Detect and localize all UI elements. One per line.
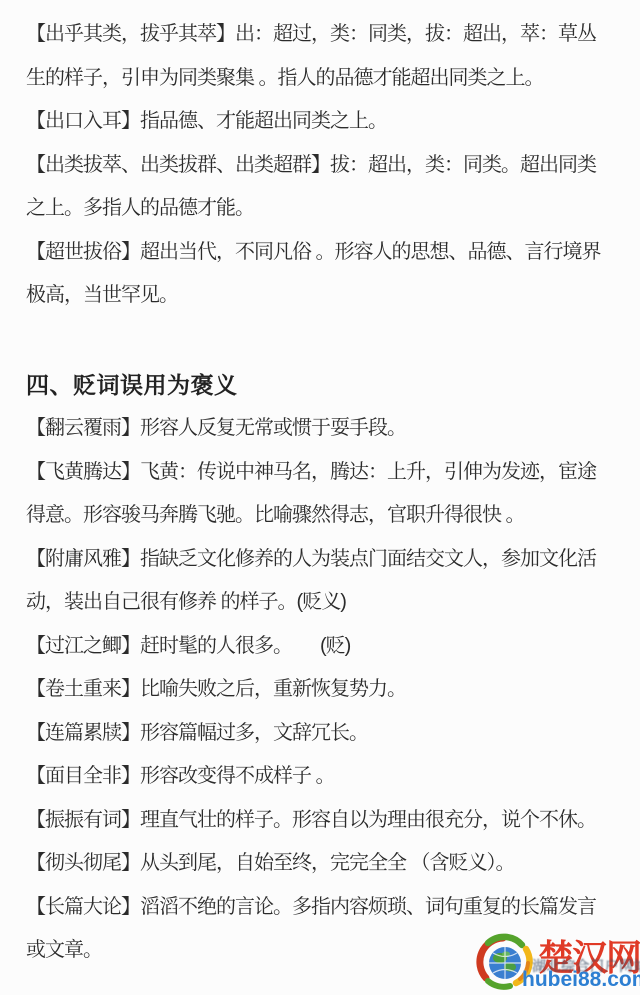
- idiom-entry: 【附庸风雅】指缺乏文化修养的人为装点门面结交文人，参加文化活动，装出自己很有修养…: [26, 538, 626, 625]
- idiom-entry-line: 极高，当世罕见。: [26, 274, 626, 318]
- idiom-entry: 【振振有词】理直气壮的样子。形容自以为理由很充分，说个不休。: [26, 799, 626, 843]
- idiom-entry: 【彻头彻尾】从头到尾，自始至终，完完全全 （含贬义）。: [26, 842, 626, 886]
- idiom-entry-line: 【长篇大论】滔滔不绝的言论。多指内容烦琐、词句重复的长篇发言: [26, 886, 626, 930]
- idiom-entry-line: 或文章。: [26, 929, 626, 973]
- idiom-entry-line: 【出口入耳】指品德、才能超出同类之上。: [26, 100, 626, 144]
- idiom-entry-line: 【超世拔俗】超出当代，不同凡俗 。形容人的思想、品德、言行境界: [26, 231, 626, 275]
- idiom-entry-line: 【连篇累牍】形容篇幅过多，文辞冗长。: [26, 712, 626, 756]
- document-page: 【出乎其类，拔乎其萃】出：超过，类：同类，拔：超出，萃：草丛生的样子，引申为同类…: [0, 0, 640, 995]
- idiom-entry-line: 之上。多指人的品德才能。: [26, 187, 626, 231]
- idiom-entry-line: 得意。形容骏马奔腾飞驰。比喻骤然得志，官职升得很快 。: [26, 494, 626, 538]
- idiom-entry: 【面目全非】形容改变得不成样子 。: [26, 755, 626, 799]
- idiom-entry-line: 【飞黄腾达】飞黄：传说中神马名，腾达：上升，引伸为发迹，宦途: [26, 451, 626, 495]
- idiom-entry-line: 【卷土重来】比喻失败之后，重新恢复势力。: [26, 668, 626, 712]
- idiom-entry-line: 【出类拔萃、出类拔群、出类超群】拔：超出，类：同类。超出同类: [26, 144, 626, 188]
- idiom-entry: 【卷土重来】比喻失败之后，重新恢复势力。: [26, 668, 626, 712]
- section-heading: 四、贬词误用为褒义: [26, 364, 626, 408]
- idiom-entry: 【出乎其类，拔乎其萃】出：超过，类：同类，拔：超出，萃：草丛生的样子，引申为同类…: [26, 13, 626, 100]
- idiom-entry: 【过江之鲫】赶时髦的人很多。 (贬): [26, 625, 626, 669]
- idiom-entry: 【出口入耳】指品德、才能超出同类之上。: [26, 100, 626, 144]
- idiom-entry-line: 动，装出自己很有修养 的样子。(贬义): [26, 581, 626, 625]
- idiom-entry-line: 生的样子，引申为同类聚集 。指人的品德才能超出同类之上。: [26, 57, 626, 101]
- idiom-entry: 【连篇累牍】形容篇幅过多，文辞冗长。: [26, 712, 626, 756]
- idiom-entry-line: 【出乎其类，拔乎其萃】出：超过，类：同类，拔：超出，萃：草丛: [26, 13, 626, 57]
- idiom-entry: 【飞黄腾达】飞黄：传说中神马名，腾达：上升，引伸为发迹，宦途得意。形容骏马奔腾飞…: [26, 451, 626, 538]
- idiom-entry-line: 【翻云覆雨】形容人反复无常或惯于耍手段。: [26, 407, 626, 451]
- idiom-entry-line: 【过江之鲫】赶时髦的人很多。 (贬): [26, 625, 626, 669]
- idiom-entry: 【翻云覆雨】形容人反复无常或惯于耍手段。: [26, 407, 626, 451]
- idiom-entry: 【超世拔俗】超出当代，不同凡俗 。形容人的思想、品德、言行境界极高，当世罕见。: [26, 231, 626, 318]
- idiom-entry-line: 【振振有词】理直气壮的样子。形容自以为理由很充分，说个不休。: [26, 799, 626, 843]
- document-content: 【出乎其类，拔乎其萃】出：超过，类：同类，拔：超出，萃：草丛生的样子，引申为同类…: [26, 0, 626, 973]
- idiom-entry: 【出类拔萃、出类拔群、出类超群】拔：超出，类：同类。超出同类之上。多指人的品德才…: [26, 144, 626, 231]
- idiom-entry-line: 【附庸风雅】指缺乏文化修养的人为装点门面结交文人，参加文化活: [26, 538, 626, 582]
- idiom-entry: 【长篇大论】滔滔不绝的言论。多指内容烦琐、词句重复的长篇发言或文章。: [26, 886, 626, 973]
- idiom-entry-line: 【面目全非】形容改变得不成样子 。: [26, 755, 626, 799]
- idiom-entry-line: 【彻头彻尾】从头到尾，自始至终，完完全全 （含贬义）。: [26, 842, 626, 886]
